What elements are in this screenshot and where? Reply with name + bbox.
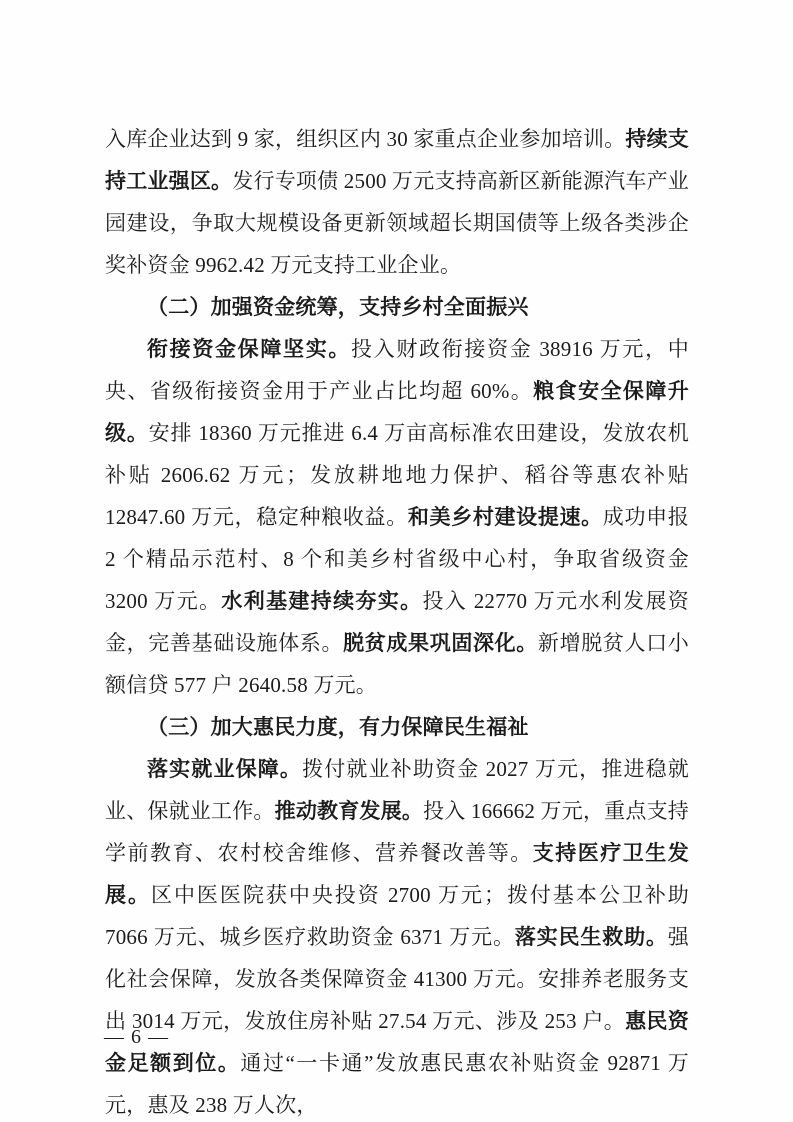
paragraph-livelihood: 落实就业保障。拨付就业补助资金 2027 万元，推进稳就业、保就业工作。推动教育… (105, 748, 689, 1122)
heading-text: （二）加强资金统筹，支持乡村全面振兴 (147, 295, 529, 319)
paragraph-continuation: 入库企业达到 9 家，组织区内 30 家重点企业参加培训。持续支持工业强区。发行… (105, 118, 689, 286)
bold-emphasis-run: 水利基建持续夯实。 (221, 589, 422, 613)
heading-text: （三）加大惠民力度，有力保障民生福祉 (147, 715, 529, 739)
section-heading-3: （三）加大惠民力度，有力保障民生福祉 (105, 706, 689, 748)
bold-emphasis-run: 推动教育发展。 (275, 799, 423, 823)
document-page: 入库企业达到 9 家，组织区内 30 家重点企业参加培训。持续支持工业强区。发行… (0, 0, 793, 1122)
page-number: — 6 — (104, 1022, 169, 1052)
paragraph-rural-revitalization: 衔接资金保障坚实。投入财政衔接资金 38916 万元，中央、省级衔接资金用于产业… (105, 328, 689, 706)
bold-emphasis-run: 脱贫成果巩固深化。 (343, 631, 538, 655)
bold-emphasis-run: 落实就业保障。 (147, 757, 302, 781)
bold-emphasis-run: 和美乡村建设提速。 (408, 505, 603, 529)
bold-emphasis-run: 衔接资金保障坚实。 (147, 337, 351, 361)
document-body: 入库企业达到 9 家，组织区内 30 家重点企业参加培训。持续支持工业强区。发行… (105, 118, 689, 1122)
bold-emphasis-run: 落实民生救助。 (515, 925, 668, 949)
text-run: 入库企业达到 9 家，组织区内 30 家重点企业参加培训。 (105, 127, 625, 151)
section-heading-2: （二）加强资金统筹，支持乡村全面振兴 (105, 286, 689, 328)
